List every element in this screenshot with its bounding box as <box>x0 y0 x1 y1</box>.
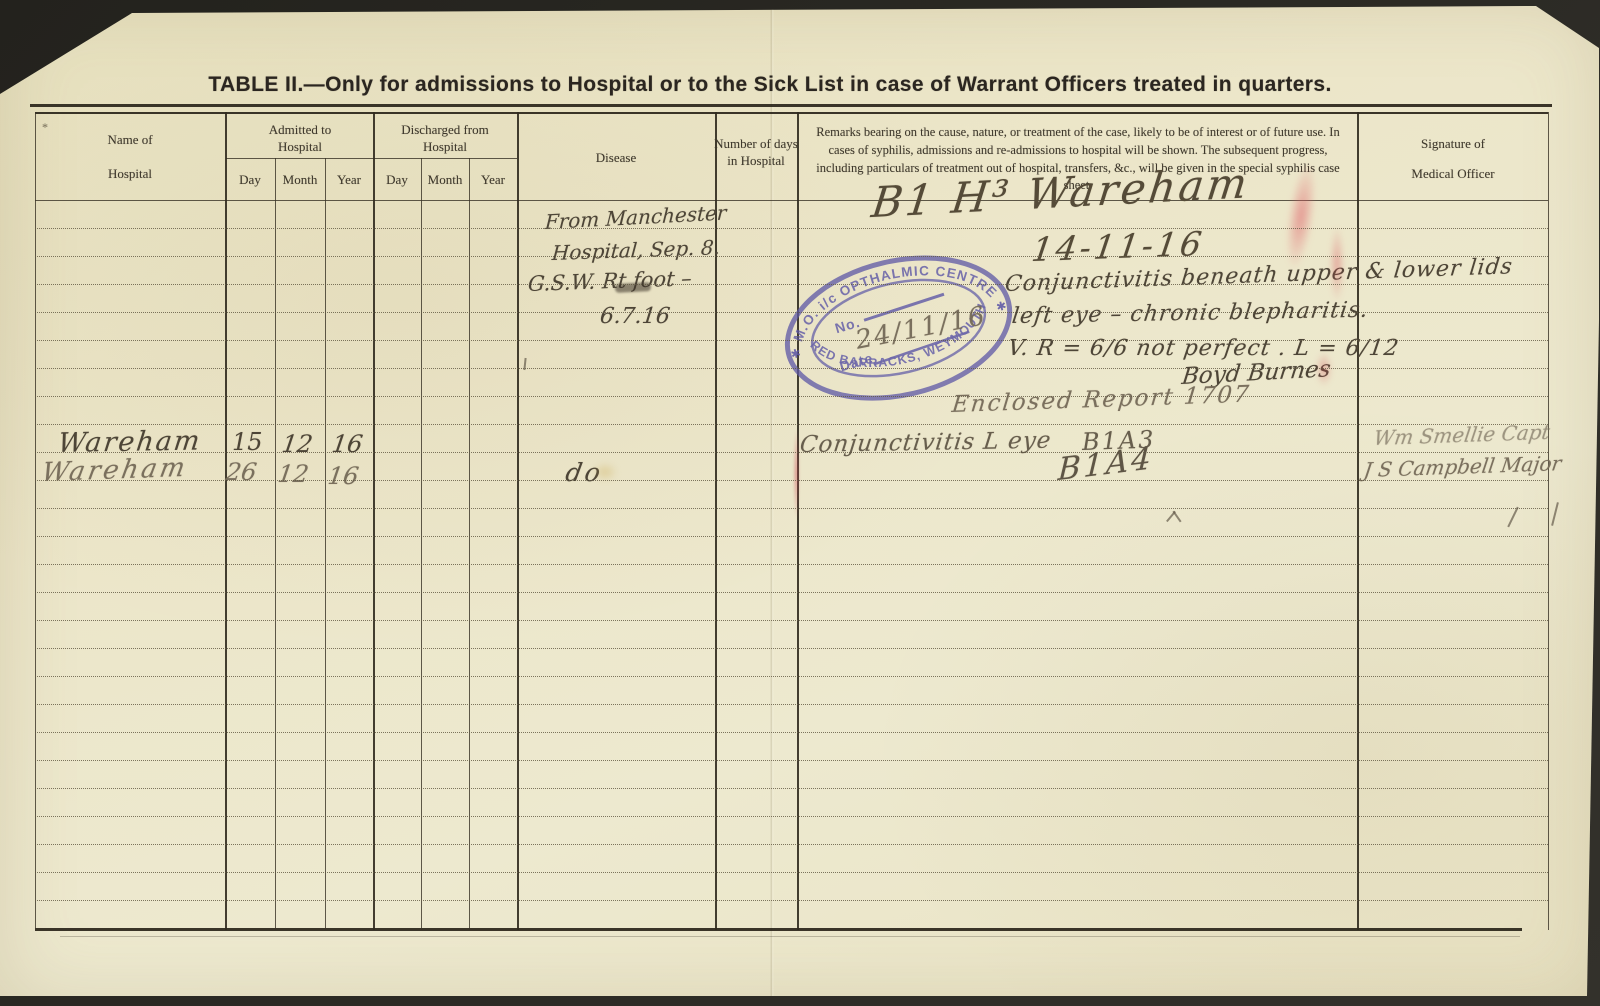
row2-grade: B1A4 <box>1057 440 1155 488</box>
page-title: TABLE II.—Only for admissions to Hospita… <box>70 73 1470 97</box>
ruled-line <box>35 620 1548 621</box>
disease-note-line2: Hospital, Sep. 8. <box>551 235 721 265</box>
stamp-star-left-icon: ✱ <box>789 346 802 362</box>
ruled-line <box>35 648 1548 649</box>
header-adm-month: Month <box>276 172 324 189</box>
header-admitted: Admitted to Hospital <box>246 122 354 156</box>
ruled-line <box>35 676 1548 677</box>
col-line-remarks <box>797 112 799 930</box>
row2-year: 16 <box>326 462 360 490</box>
disease-note-line4: 6.7.16 <box>599 304 672 329</box>
ruled-line <box>35 872 1548 873</box>
ruled-line <box>35 480 1548 481</box>
ruled-line <box>35 340 1548 341</box>
ruled-line <box>35 788 1548 789</box>
ruled-line <box>35 760 1548 761</box>
stray-stroke-2 <box>1172 511 1181 523</box>
remarks-diagnosis-2: left eye – chronic blepharitis. <box>1010 298 1370 329</box>
table-bottom-echo <box>60 936 1520 937</box>
ruled-line <box>35 704 1548 705</box>
header-name-line1: Name of <box>36 132 224 149</box>
row2-signature: J S Campbell Major <box>1362 451 1563 482</box>
ruled-line <box>35 508 1548 509</box>
title-rule <box>30 104 1552 107</box>
red-streak-column <box>793 428 800 520</box>
col-line-dis-month <box>421 158 422 930</box>
ruled-line <box>35 816 1548 817</box>
ruled-line <box>35 536 1548 537</box>
col-line-left <box>35 112 36 930</box>
red-smudge-2 <box>1330 226 1344 302</box>
header-adm-year: Year <box>326 172 372 189</box>
row2-month: 12 <box>276 460 310 488</box>
remarks-date-script: 14-11-16 <box>1029 224 1207 269</box>
col-line-signature <box>1357 112 1359 930</box>
stray-stroke-4 <box>1551 502 1559 526</box>
paper-sheet: TABLE II.—Only for admissions to Hospita… <box>0 0 1600 1006</box>
row2-day: 26 <box>224 458 258 486</box>
ruled-line <box>35 424 1548 425</box>
ruled-line <box>35 732 1548 733</box>
header-dis-year: Year <box>470 172 516 189</box>
col-line-right <box>1548 112 1549 930</box>
header-bottom-rule <box>35 200 1548 201</box>
header-name-line2: Hospital <box>36 166 224 183</box>
col-line-adm-year <box>325 158 326 930</box>
ruled-line <box>35 844 1548 845</box>
header-days-in-hospital: Number of days in Hospital <box>714 136 798 170</box>
enclosed-report-note: Enclosed Report 1707 <box>951 382 1252 419</box>
ruled-line <box>35 452 1548 453</box>
col-line-disease <box>517 112 519 930</box>
col-line-dis-year <box>469 158 470 930</box>
ruled-line <box>35 228 1548 229</box>
ruled-line <box>35 256 1548 257</box>
ruled-line <box>35 900 1548 901</box>
red-smudge-3 <box>1316 352 1332 386</box>
ruled-line <box>35 592 1548 593</box>
header-discharged: Discharged from Hospital <box>388 122 502 156</box>
ruled-line <box>35 284 1548 285</box>
stray-stroke-3 <box>1507 507 1518 528</box>
header-signature-line2: Medical Officer <box>1358 166 1548 183</box>
ruled-line <box>35 396 1548 397</box>
subheader-rule <box>226 158 517 159</box>
col-line-admitted <box>225 112 227 930</box>
ruled-line <box>35 564 1548 565</box>
paper-stain <box>592 462 618 482</box>
col-line-adm-month <box>275 158 276 930</box>
header-disease: Disease <box>518 150 714 167</box>
row1-year: 16 <box>330 430 364 458</box>
ruled-line <box>35 312 1548 313</box>
row1-month: 12 <box>280 430 314 458</box>
header-dis-month: Month <box>422 172 468 189</box>
row1-remarks: Conjunctivitis L eye <box>798 428 1053 458</box>
ruled-line <box>35 368 1548 369</box>
header-adm-day: Day <box>226 172 274 189</box>
disease-note-line3: G.S.W. Rt foot – <box>527 266 692 296</box>
table-bottom-border <box>35 928 1522 931</box>
header-signature-line1: Signature of <box>1358 136 1548 153</box>
col-line-discharged <box>373 112 375 930</box>
row2-hospital: Wareham <box>39 453 190 488</box>
table-top-border <box>35 112 1548 114</box>
disease-note-line1: From Manchester <box>544 200 727 234</box>
header-dis-day: Day <box>374 172 420 189</box>
scanned-document: TABLE II.—Only for admissions to Hospita… <box>0 0 1600 1006</box>
